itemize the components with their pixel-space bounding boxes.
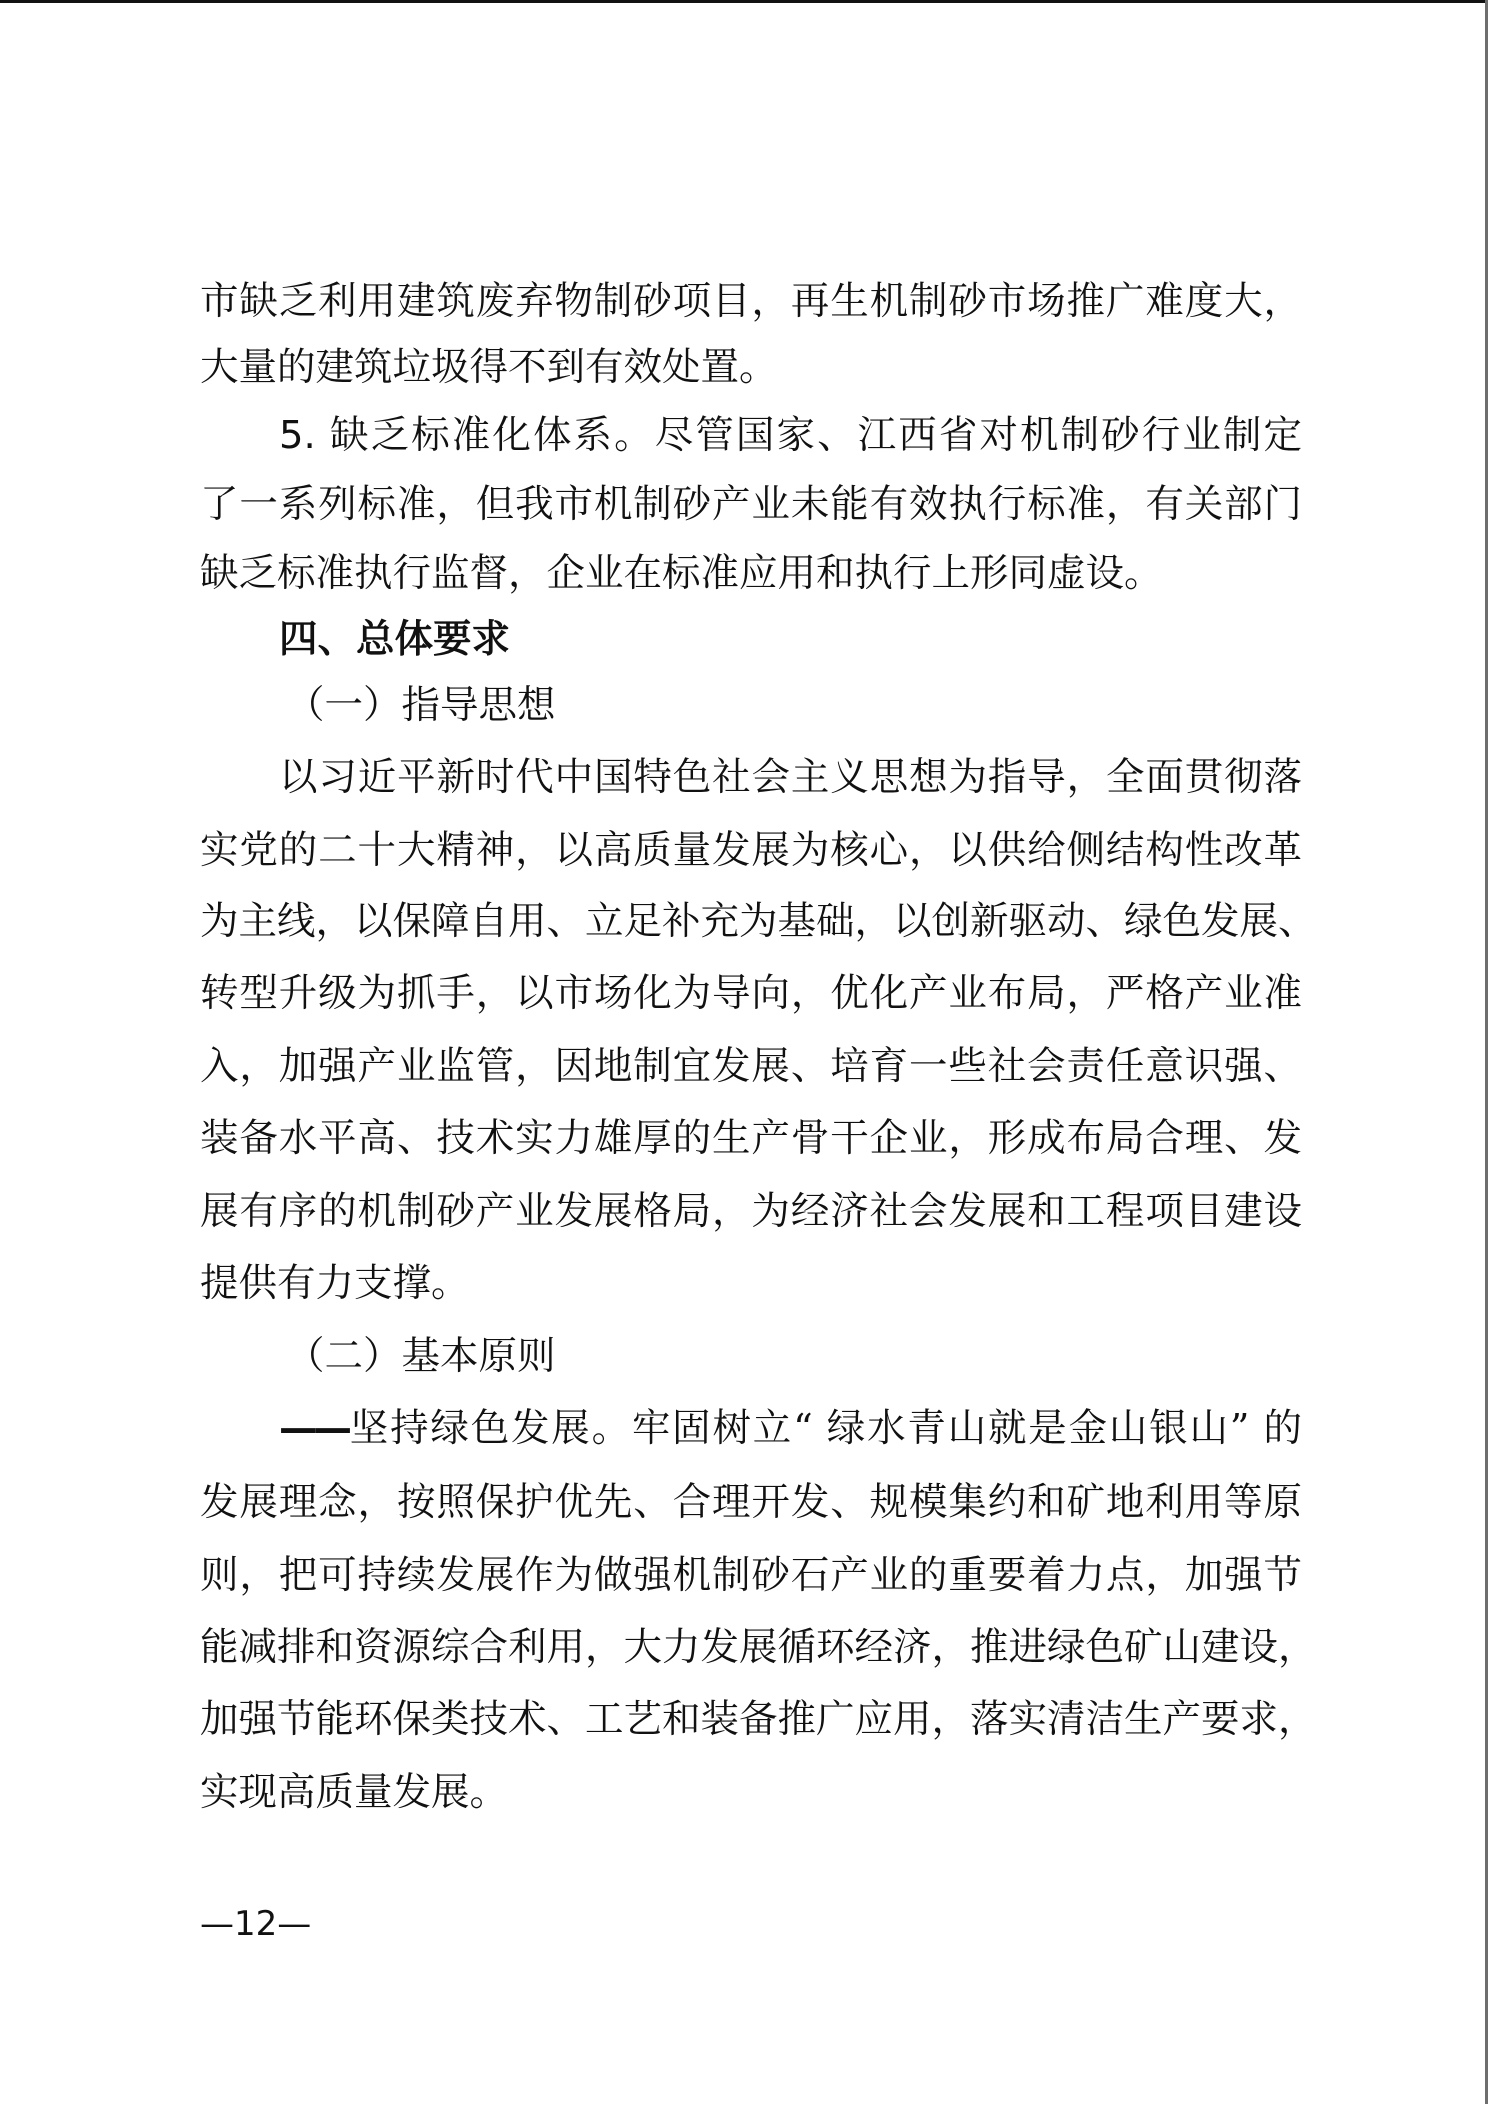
principle-text: 坚持绿色发展。牢固树立“ 绿水青山就是金山银山” 的 (348, 1406, 1302, 1451)
subheading-basic-principles: （二）基本原则 (286, 1321, 1302, 1393)
item-number: 5. (279, 413, 316, 458)
paragraph-line: 入，加强产业监管，因地制宜发展、培育一些社会责任意识强、 (200, 1031, 1302, 1103)
em-dash: —— (279, 1406, 348, 1451)
paragraph-line: 缺乏标准执行监督，企业在标准应用和执行上形同虚设。 (200, 538, 1302, 610)
paragraph-line: 装备水平高、技术实力雄厚的生产骨干企业，形成布局合理、发 (200, 1103, 1302, 1175)
paragraph-line: 大量的建筑垃圾得不到有效处置。 (200, 332, 1302, 404)
paragraph-line: 市缺乏利用建筑废弃物制砂项目，再生机制砂市场推广难度大， (200, 266, 1302, 338)
section-heading: 四、总体要求 (279, 604, 1302, 676)
paragraph-line: 实党的二十大精神，以高质量发展为核心，以供给侧结构性改革 (200, 815, 1302, 887)
paragraph-line-principle: ——坚持绿色发展。牢固树立“ 绿水青山就是金山银山” 的 (279, 1393, 1302, 1465)
paragraph-line: 以习近平新时代中国特色社会主义思想为指导，全面贯彻落 (279, 742, 1302, 814)
subheading-guiding-ideology: （一）指导思想 (286, 670, 1302, 742)
paragraph-line: 则，把可持续发展作为做强机制砂石产业的重要着力点，加强节 (200, 1540, 1302, 1612)
paragraph-line: 转型升级为抓手，以市场化为导向，优化产业布局，严格产业准 (200, 958, 1302, 1030)
paragraph-line: 为主线，以保障自用、立足补充为基础，以创新驱动、绿色发展、 (200, 886, 1302, 958)
paragraph-line: 加强节能环保类技术、工艺和装备推广应用，落实清洁生产要求， (200, 1684, 1302, 1756)
item-text: 缺乏标准化体系。尽管国家、江西省对机制砂行业制定 (316, 413, 1302, 458)
paragraph-line-item-5: 5. 缺乏标准化体系。尽管国家、江西省对机制砂行业制定 (279, 400, 1302, 472)
page-number: —12— (200, 1900, 311, 1948)
paragraph-line: 了一系列标准，但我市机制砂产业未能有效执行标准，有关部门 (200, 469, 1302, 541)
paragraph-line: 展有序的机制砂产业发展格局，为经济社会发展和工程项目建设 (200, 1176, 1302, 1248)
paragraph-line: 发展理念，按照保护优先、合理开发、规模集约和矿地利用等原 (200, 1467, 1302, 1539)
page-top-border (0, 0, 1488, 3)
paragraph-line: 提供有力支撑。 (200, 1248, 1302, 1320)
paragraph-line: 能减排和资源综合利用，大力发展循环经济，推进绿色矿山建设， (200, 1612, 1302, 1684)
paragraph-line: 实现高质量发展。 (200, 1757, 1302, 1829)
